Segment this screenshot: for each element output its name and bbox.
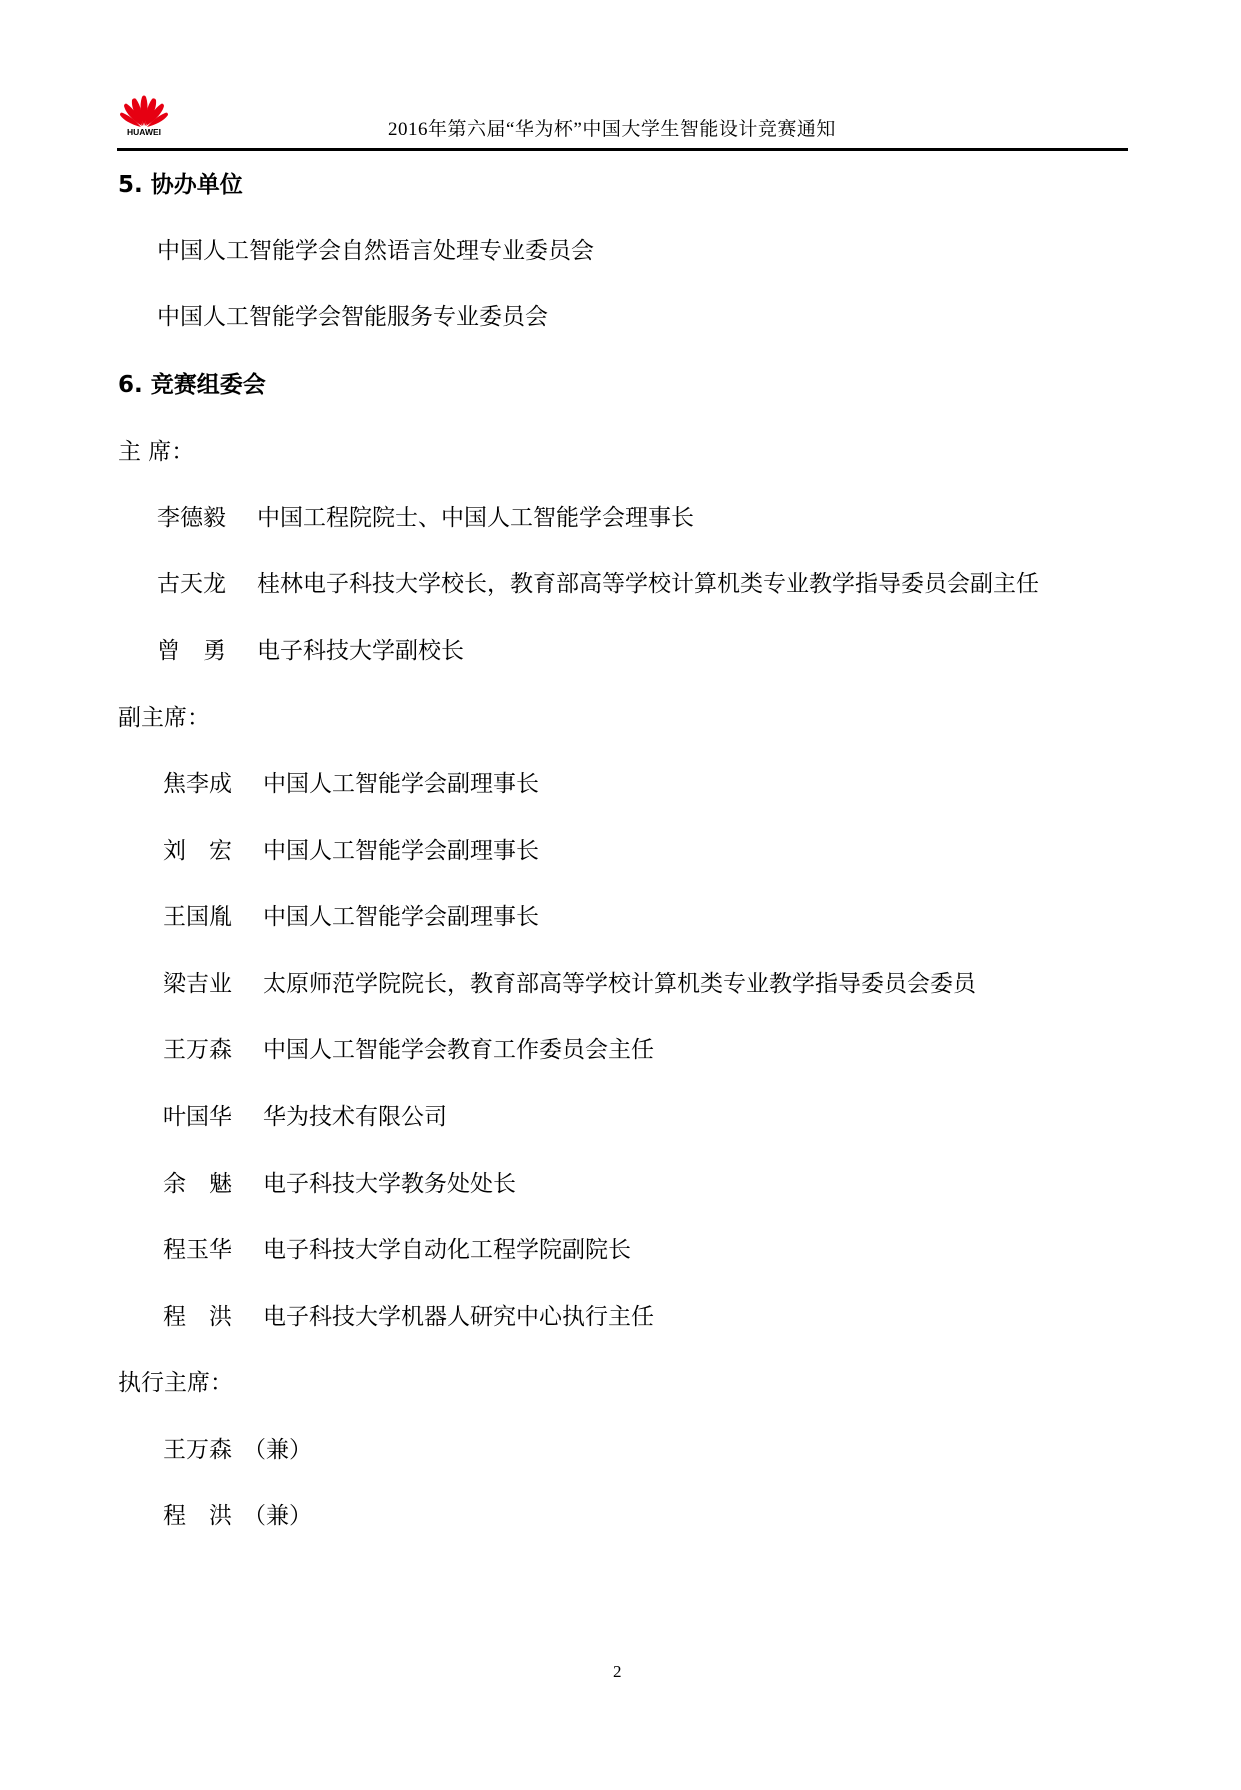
committee-member-row: 李德毅中国工程院院士、中国人工智能学会理事长: [157, 503, 694, 533]
member-title: （兼）: [243, 1503, 312, 1529]
committee-member-row: 叶国华华为技术有限公司: [163, 1102, 447, 1132]
member-title: 中国人工智能学会副理事长: [263, 838, 539, 864]
member-name: 王国胤: [163, 902, 263, 932]
member-name: 余 魅: [163, 1169, 263, 1199]
member-name: 程玉华: [163, 1235, 263, 1265]
member-name: 程 洪: [163, 1501, 243, 1531]
committee-member-row: 王万森（兼）: [163, 1435, 312, 1465]
committee-member-row: 程玉华电子科技大学自动化工程学院副院长: [163, 1235, 631, 1265]
committee-member-row: 程 洪（兼）: [163, 1501, 312, 1531]
document-header-title: 2016年第六届“华为杯”中国大学生智能设计竞赛通知: [388, 118, 836, 142]
header-divider: [117, 148, 1128, 151]
committee-member-row: 焦李成中国人工智能学会副理事长: [163, 769, 539, 799]
member-name: 王万森: [163, 1435, 243, 1465]
vice-chair-label: 副主席：: [118, 703, 210, 733]
committee-member-row: 余 魅电子科技大学教务处处长: [163, 1169, 516, 1199]
committee-member-row: 王国胤中国人工智能学会副理事长: [163, 902, 539, 932]
member-name: 李德毅: [157, 503, 257, 533]
member-title: 中国人工智能学会副理事长: [263, 904, 539, 930]
page-number: 2: [613, 1662, 622, 1682]
committee-member-row: 程 洪电子科技大学机器人研究中心执行主任: [163, 1302, 654, 1332]
co-organizer-item: 中国人工智能学会智能服务专业委员会: [157, 302, 548, 332]
member-name: 王万森: [163, 1035, 263, 1065]
chair-label: 主 席：: [118, 437, 194, 467]
member-name: 叶国华: [163, 1102, 263, 1132]
committee-member-row: 梁吉业太原师范学院院长，教育部高等学校计算机类专业教学指导委员会委员: [163, 969, 976, 999]
member-title: 电子科技大学教务处处长: [263, 1171, 516, 1197]
member-title: 中国工程院院士、中国人工智能学会理事长: [257, 505, 694, 531]
member-title: 电子科技大学副校长: [257, 638, 464, 664]
member-title: 电子科技大学机器人研究中心执行主任: [263, 1304, 654, 1330]
member-title: 中国人工智能学会副理事长: [263, 771, 539, 797]
co-organizer-item: 中国人工智能学会自然语言处理专业委员会: [157, 236, 594, 266]
member-name: 程 洪: [163, 1302, 263, 1332]
committee-member-row: 王万森中国人工智能学会教育工作委员会主任: [163, 1035, 654, 1065]
member-title: 桂林电子科技大学校长，教育部高等学校计算机类专业教学指导委员会副主任: [257, 571, 1039, 597]
member-title: 太原师范学院院长，教育部高等学校计算机类专业教学指导委员会委员: [263, 971, 976, 997]
member-title: （兼）: [243, 1437, 312, 1463]
committee-member-row: 刘 宏中国人工智能学会副理事长: [163, 836, 539, 866]
member-name: 梁吉业: [163, 969, 263, 999]
member-title: 电子科技大学自动化工程学院副院长: [263, 1237, 631, 1263]
huawei-petals-icon: [118, 94, 170, 128]
member-title: 华为技术有限公司: [263, 1104, 447, 1130]
member-name: 刘 宏: [163, 836, 263, 866]
logo-text: HUAWEI: [118, 127, 170, 137]
committee-member-row: 曾 勇电子科技大学副校长: [157, 636, 464, 666]
member-title: 中国人工智能学会教育工作委员会主任: [263, 1037, 654, 1063]
committee-member-row: 古天龙桂林电子科技大学校长，教育部高等学校计算机类专业教学指导委员会副主任: [157, 569, 1039, 599]
huawei-logo: HUAWEI: [118, 94, 170, 138]
section-heading-co-organizers: 5. 协办单位: [118, 170, 243, 200]
executive-chair-label: 执行主席：: [118, 1368, 233, 1398]
member-name: 焦李成: [163, 769, 263, 799]
section-heading-committee: 6. 竞赛组委会: [118, 370, 266, 400]
member-name: 古天龙: [157, 569, 257, 599]
member-name: 曾 勇: [157, 636, 257, 666]
